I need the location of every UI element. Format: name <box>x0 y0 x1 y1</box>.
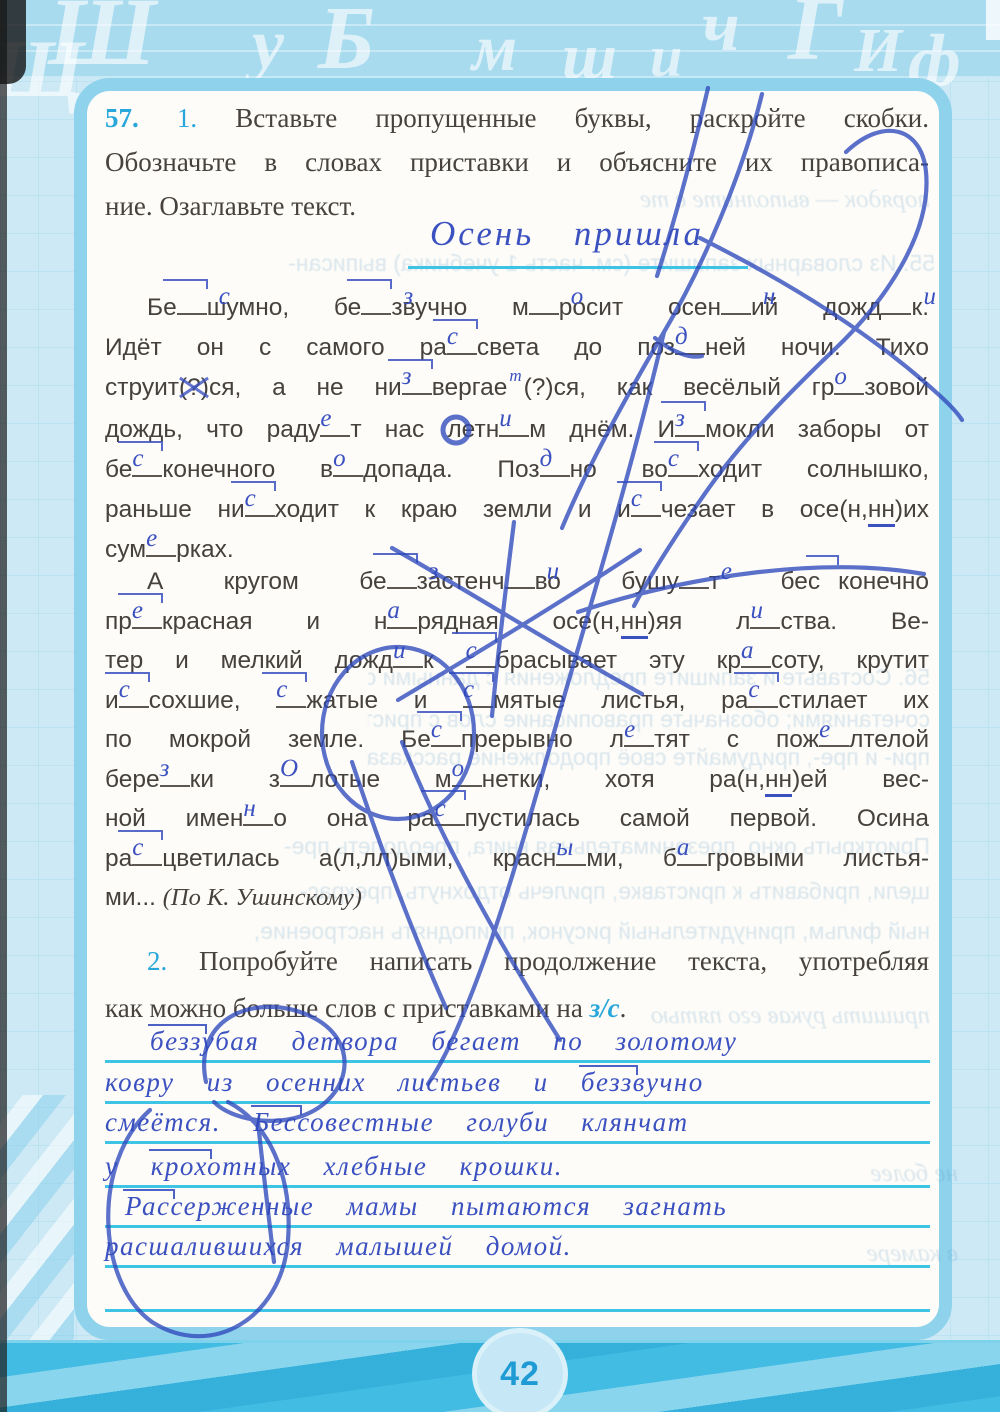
ink-letter: е <box>679 552 709 592</box>
ink-prefix-marked: безз <box>150 1026 202 1056</box>
print-text: ходит солнышко, <box>698 456 929 483</box>
ink-letter: н <box>243 789 273 829</box>
ink-prefix-marked: крох <box>151 1151 207 1181</box>
text-paragraph-1: Бесшумно, беззвучно моросит осенний дожд… <box>105 288 929 570</box>
ink-prefix-marked: Рас <box>125 1191 170 1221</box>
ink-letter: о <box>529 277 559 317</box>
print-text: бере <box>105 766 160 793</box>
page-number: 42 <box>500 1355 540 1394</box>
fill-in-gap: с <box>276 682 306 708</box>
print-text: ходит к краю земли и и <box>275 496 631 523</box>
print-text: рядная осе(н, <box>417 608 620 635</box>
ink-letter: с <box>631 479 661 519</box>
print-text: допада. Поз <box>363 456 540 483</box>
fill-in-gap: е <box>679 563 709 589</box>
ink-letter: с <box>463 670 493 710</box>
print-text: зовой <box>864 374 929 401</box>
ink-letter: и <box>505 552 535 592</box>
print-text: серженные мамы пытаются загнать <box>170 1191 727 1221</box>
fill-in-gap: с <box>132 451 162 477</box>
ink-letter: е <box>320 399 350 439</box>
body-text-line: ми... (По К. Ушинскому) <box>105 878 929 918</box>
fill-in-gap: О <box>280 761 310 787</box>
fill-in-gap: н <box>243 800 273 826</box>
print-text: брасывает эту кр <box>496 647 741 674</box>
answer-ruled-line <box>105 1309 930 1312</box>
body-text-line: по мокрой земле. Беспрерывно летят с пож… <box>105 720 929 760</box>
fill-in-gap: з <box>361 289 391 315</box>
print-text: нетки, хотя ра(н, <box>482 766 765 793</box>
fill-in-gap: е <box>819 721 849 747</box>
corner-stripes-decoration <box>0 1095 74 1341</box>
fill-in-gap: с <box>245 491 275 517</box>
print-text: мокли заборы от <box>705 416 929 443</box>
ink-crossed-out: (?) <box>179 374 209 401</box>
ink-prefix-marked: Бес <box>253 1107 297 1137</box>
fill-in-gap: з <box>160 761 190 787</box>
print-text: стилает их <box>778 687 929 714</box>
exercise-number: 57. <box>105 103 139 133</box>
print-text: ми... <box>105 884 163 911</box>
z-s-accent: з/с <box>590 993 620 1023</box>
body-text-line: ной именно она распустилась самой первой… <box>105 799 929 839</box>
ink-superscript-letter: т <box>509 356 521 396</box>
page-number-badge: 42 <box>472 1328 568 1412</box>
ink-letter: а <box>677 828 707 868</box>
prefix-mark-space <box>820 565 838 589</box>
fill-in-gap: з <box>387 563 417 589</box>
ink-underlined-choice: нн <box>765 766 792 797</box>
fill-in-gap: с <box>435 800 465 826</box>
ink-prefix-marked: безз <box>581 1067 633 1097</box>
ink-letter: е <box>819 710 849 750</box>
print-text: ной имен <box>105 805 243 832</box>
ink-letter: а <box>741 631 771 671</box>
ink-letter: с <box>132 828 162 868</box>
fill-in-gap: з <box>675 411 705 437</box>
ink-letter: з <box>160 749 190 789</box>
task2-period: . <box>620 993 627 1023</box>
task2-line-1: 2. Попробуйте написать продолжение текст… <box>105 938 929 985</box>
handwritten-answer-line: расшалившихся малышей домой. <box>105 1226 572 1266</box>
task2-text: Попробуйте написать продолжение текста, … <box>199 946 929 976</box>
ink-letter: ы <box>556 828 586 868</box>
ink-letter: з <box>675 399 705 439</box>
print-text: ся, а не ни <box>209 374 402 401</box>
ink-letter: о <box>452 749 482 789</box>
fill-in-gap: з <box>402 369 432 395</box>
print-text: прерывно л <box>461 726 624 753</box>
ink-letter: с <box>245 479 275 519</box>
print-text: чезает в осе(н, <box>661 496 868 523</box>
print-text: Бе <box>147 294 177 321</box>
print-text: струит <box>105 374 179 401</box>
fill-in-gap: с <box>177 289 207 315</box>
print-text: ней ночи. Тихо <box>705 334 929 361</box>
print-text: )их <box>895 496 929 523</box>
ink-letter: с <box>447 317 477 357</box>
fill-in-gap: с <box>132 840 162 866</box>
fill-in-gap: с <box>431 721 461 747</box>
fill-in-gap: д <box>675 329 705 355</box>
fill-in-gap: а <box>741 642 771 668</box>
ink-letter: н <box>721 277 751 317</box>
background-pattern-letter: Ш <box>48 0 156 80</box>
background-pattern-letter: Г <box>788 0 844 74</box>
fill-in-gap: о <box>529 289 559 315</box>
workbook-page-scan: ШуБмшичГИфЩ 57. 1. Вставьте пропущенные … <box>0 0 1000 1412</box>
print-text: Идёт он с самого ра <box>105 334 447 361</box>
ink-letter: д <box>540 439 570 479</box>
fill-in-gap: а <box>387 603 417 629</box>
task2-text: как можно больше слов с приставками на <box>105 993 590 1023</box>
fill-in-gap: е <box>132 603 162 629</box>
print-text: расшалившихся малышей домой. <box>105 1231 572 1261</box>
page-bleedthrough-text: в камере <box>848 1240 958 1268</box>
ink-letter: О <box>280 749 310 789</box>
ink-letter: с <box>132 439 162 479</box>
ink-letter: с <box>466 631 496 671</box>
page-bleedthrough-text: не более <box>848 1160 958 1188</box>
body-text-line: расцветилась а(л,лл)ыми, красными, багро… <box>105 839 929 879</box>
fill-in-gap: с <box>631 491 661 517</box>
print-text: т нас летн <box>350 416 499 443</box>
handwritten-answer-line: у крохотных хлебные крошки. <box>105 1146 563 1186</box>
print-text: ра <box>105 845 132 872</box>
fill-in-gap: с <box>447 329 477 355</box>
background-pattern-letter: ч <box>702 0 740 62</box>
fill-in-gap: ы <box>556 840 586 866</box>
print-text: цветилась а(л,лл)ыми, красн <box>162 845 556 872</box>
print-text: у <box>105 1151 151 1181</box>
handwritten-answer-line: Рассерженные мамы пытаются загнать <box>125 1186 727 1226</box>
exercise-instruction-line-2: Обозначьте в словах приставки и объяснит… <box>105 140 929 184</box>
ink-letter: с <box>431 710 461 750</box>
fill-in-gap: а <box>677 840 707 866</box>
ink-letter: е <box>146 519 176 559</box>
print-text: шумно, бе <box>207 294 362 321</box>
fill-in-gap: е <box>624 721 654 747</box>
body-text-line: прекрасная и нарядная осе(н,нн)яя листва… <box>105 602 929 642</box>
print-text: света до поз <box>477 334 675 361</box>
body-text-line: березки зОлотые монетки, хотя ра(н,нн)ей… <box>105 760 929 800</box>
print-text: лтелой <box>849 726 929 753</box>
ink-letter: с <box>748 670 778 710</box>
body-text-line: тер и мелкий дождик сбрасывает эту красо… <box>105 641 929 681</box>
background-pattern-letter: у <box>252 8 284 80</box>
scan-edge-artifact <box>0 0 7 1412</box>
print-text: бе <box>105 456 132 483</box>
fill-in-gap: с <box>463 682 493 708</box>
fill-in-gap: и <box>393 642 423 668</box>
print-text: по мокрой земле. Бе <box>105 726 431 753</box>
ink-letter: с <box>276 670 306 710</box>
ink-letter: е <box>132 591 162 631</box>
ink-letter: з <box>361 277 391 317</box>
page-bleedthrough-text: 55. Из словарных запишите (см. часть 1 у… <box>225 250 935 277</box>
body-text-line: А кругом беззастенчиво бушует бесконечно <box>105 562 929 602</box>
fill-in-gap: и <box>750 603 780 629</box>
print-text: ковру из осенних листьев и <box>105 1067 581 1097</box>
fill-in-gap: с <box>466 642 496 668</box>
print-text: убая детвора бегает по золотому <box>202 1026 738 1056</box>
background-pattern-letter: м <box>472 16 517 82</box>
ink-letter: и <box>881 277 911 317</box>
print-text: тят с пож <box>654 726 819 753</box>
instruction-text: Вставьте пропущенные буквы, раскройте ск… <box>235 103 929 133</box>
print-text: совестные голуби клянчат <box>297 1107 688 1137</box>
scan-corner-artifact <box>986 0 1000 40</box>
print-text: гровыми листья- <box>707 845 929 872</box>
fill-in-gap: с <box>668 451 698 477</box>
print-text: отных хлебные крошки. <box>207 1151 563 1181</box>
print-text: ми, б <box>586 845 677 872</box>
print-text: мятые листья, ра <box>493 687 748 714</box>
text-paragraph-2: А кругом беззастенчиво бушует бесконечно… <box>105 562 929 918</box>
ink-letter: с <box>435 789 465 829</box>
print-text: А кругом бе <box>147 568 387 595</box>
body-text-line: бесконечного водопада. Поздно восходит с… <box>105 450 929 490</box>
print-text: рках. <box>176 536 234 563</box>
instruction-text: Обозначьте в словах приставки и объяснит… <box>105 147 929 177</box>
source-attribution: (По К. Ушинскому) <box>163 884 362 911</box>
ink-letter: и <box>750 591 780 631</box>
ink-letter: с <box>119 670 149 710</box>
ink-letter: д <box>675 317 705 357</box>
title-ruled-line <box>408 266 748 269</box>
print-text: вучно <box>633 1067 704 1097</box>
print-text: (?)ся, как весёлый гр <box>524 374 835 401</box>
fill-in-gap: и <box>881 289 911 315</box>
handwritten-answer-line: беззубая детвора бегает по золотому <box>150 1021 737 1061</box>
fill-in-gap: е <box>320 411 350 437</box>
ink-letter: и <box>393 631 423 671</box>
fill-in-gap: о <box>333 451 363 477</box>
print-text: лотые м <box>310 766 452 793</box>
part-number: 1. <box>177 103 197 133</box>
handwritten-title: Осень пришла <box>430 214 704 254</box>
fill-in-gap: с <box>119 682 149 708</box>
print-text: )яя л <box>648 608 751 635</box>
fill-in-gap: д <box>540 451 570 477</box>
ink-letter: а <box>387 591 417 631</box>
print-text: сум <box>105 536 146 563</box>
print-text: конечно <box>838 568 929 595</box>
exercise-instruction-line-1: 57. 1. Вставьте пропущенные буквы, раскр… <box>105 96 929 140</box>
fill-in-gap: с <box>748 682 778 708</box>
body-text-line: дождь, что радует нас летним днём. Измок… <box>105 410 929 450</box>
handwritten-answer-line: ковру из осенних листьев и беззвучно <box>105 1062 704 1102</box>
background-pattern-letter: И <box>854 20 902 82</box>
print-text: красная и н <box>162 608 388 635</box>
ink-letter: о <box>333 439 363 479</box>
fill-in-gap: е <box>146 531 176 557</box>
instruction-text: ние. Озаглавьте текст. <box>105 191 356 221</box>
fill-in-gap: н <box>721 289 751 315</box>
print-text: )ей вес- <box>792 766 929 793</box>
print-text: сохшие, <box>149 687 277 714</box>
body-text-line: иссохшие, сжатые и смятые листья, рассти… <box>105 681 929 721</box>
ink-letter: с <box>668 439 698 479</box>
fill-in-gap: о <box>834 369 864 395</box>
print-text: вергае <box>432 374 508 401</box>
ink-letter: е <box>624 710 654 750</box>
body-text-line: раньше нисходит к краю земли и исчезает … <box>105 490 929 530</box>
scan-corner-artifact <box>0 0 26 84</box>
ink-letter: з <box>402 357 432 397</box>
fill-in-gap: и <box>499 411 529 437</box>
print-text: и <box>105 687 119 714</box>
body-text-line: Бесшумно, беззвучно моросит осенний дожд… <box>105 288 929 328</box>
task2-number: 2. <box>147 946 167 976</box>
handwritten-answer-line: смеётся. Бессовестные голуби клянчат <box>105 1102 689 1142</box>
fill-in-gap: о <box>452 761 482 787</box>
ink-underlined-choice: нн <box>621 608 648 639</box>
fill-in-gap: и <box>505 563 535 589</box>
print-text: о она ра <box>273 805 434 832</box>
ink-letter: з <box>387 552 417 592</box>
ink-letter: с <box>177 277 207 317</box>
print-text: соту, крутит <box>771 647 929 674</box>
ink-letter: о <box>834 357 864 397</box>
print-text: ства. Ве- <box>780 608 929 635</box>
background-pattern-letter: Б <box>318 0 375 84</box>
print-text: пр <box>105 608 132 635</box>
decorative-top-band: ШуБмшичГИфЩ <box>0 0 1000 78</box>
ink-underlined-choice: нн <box>868 496 895 527</box>
print-text: к <box>423 647 466 674</box>
print-text: смеётся. <box>105 1107 253 1137</box>
ink-letter: и <box>499 399 529 439</box>
